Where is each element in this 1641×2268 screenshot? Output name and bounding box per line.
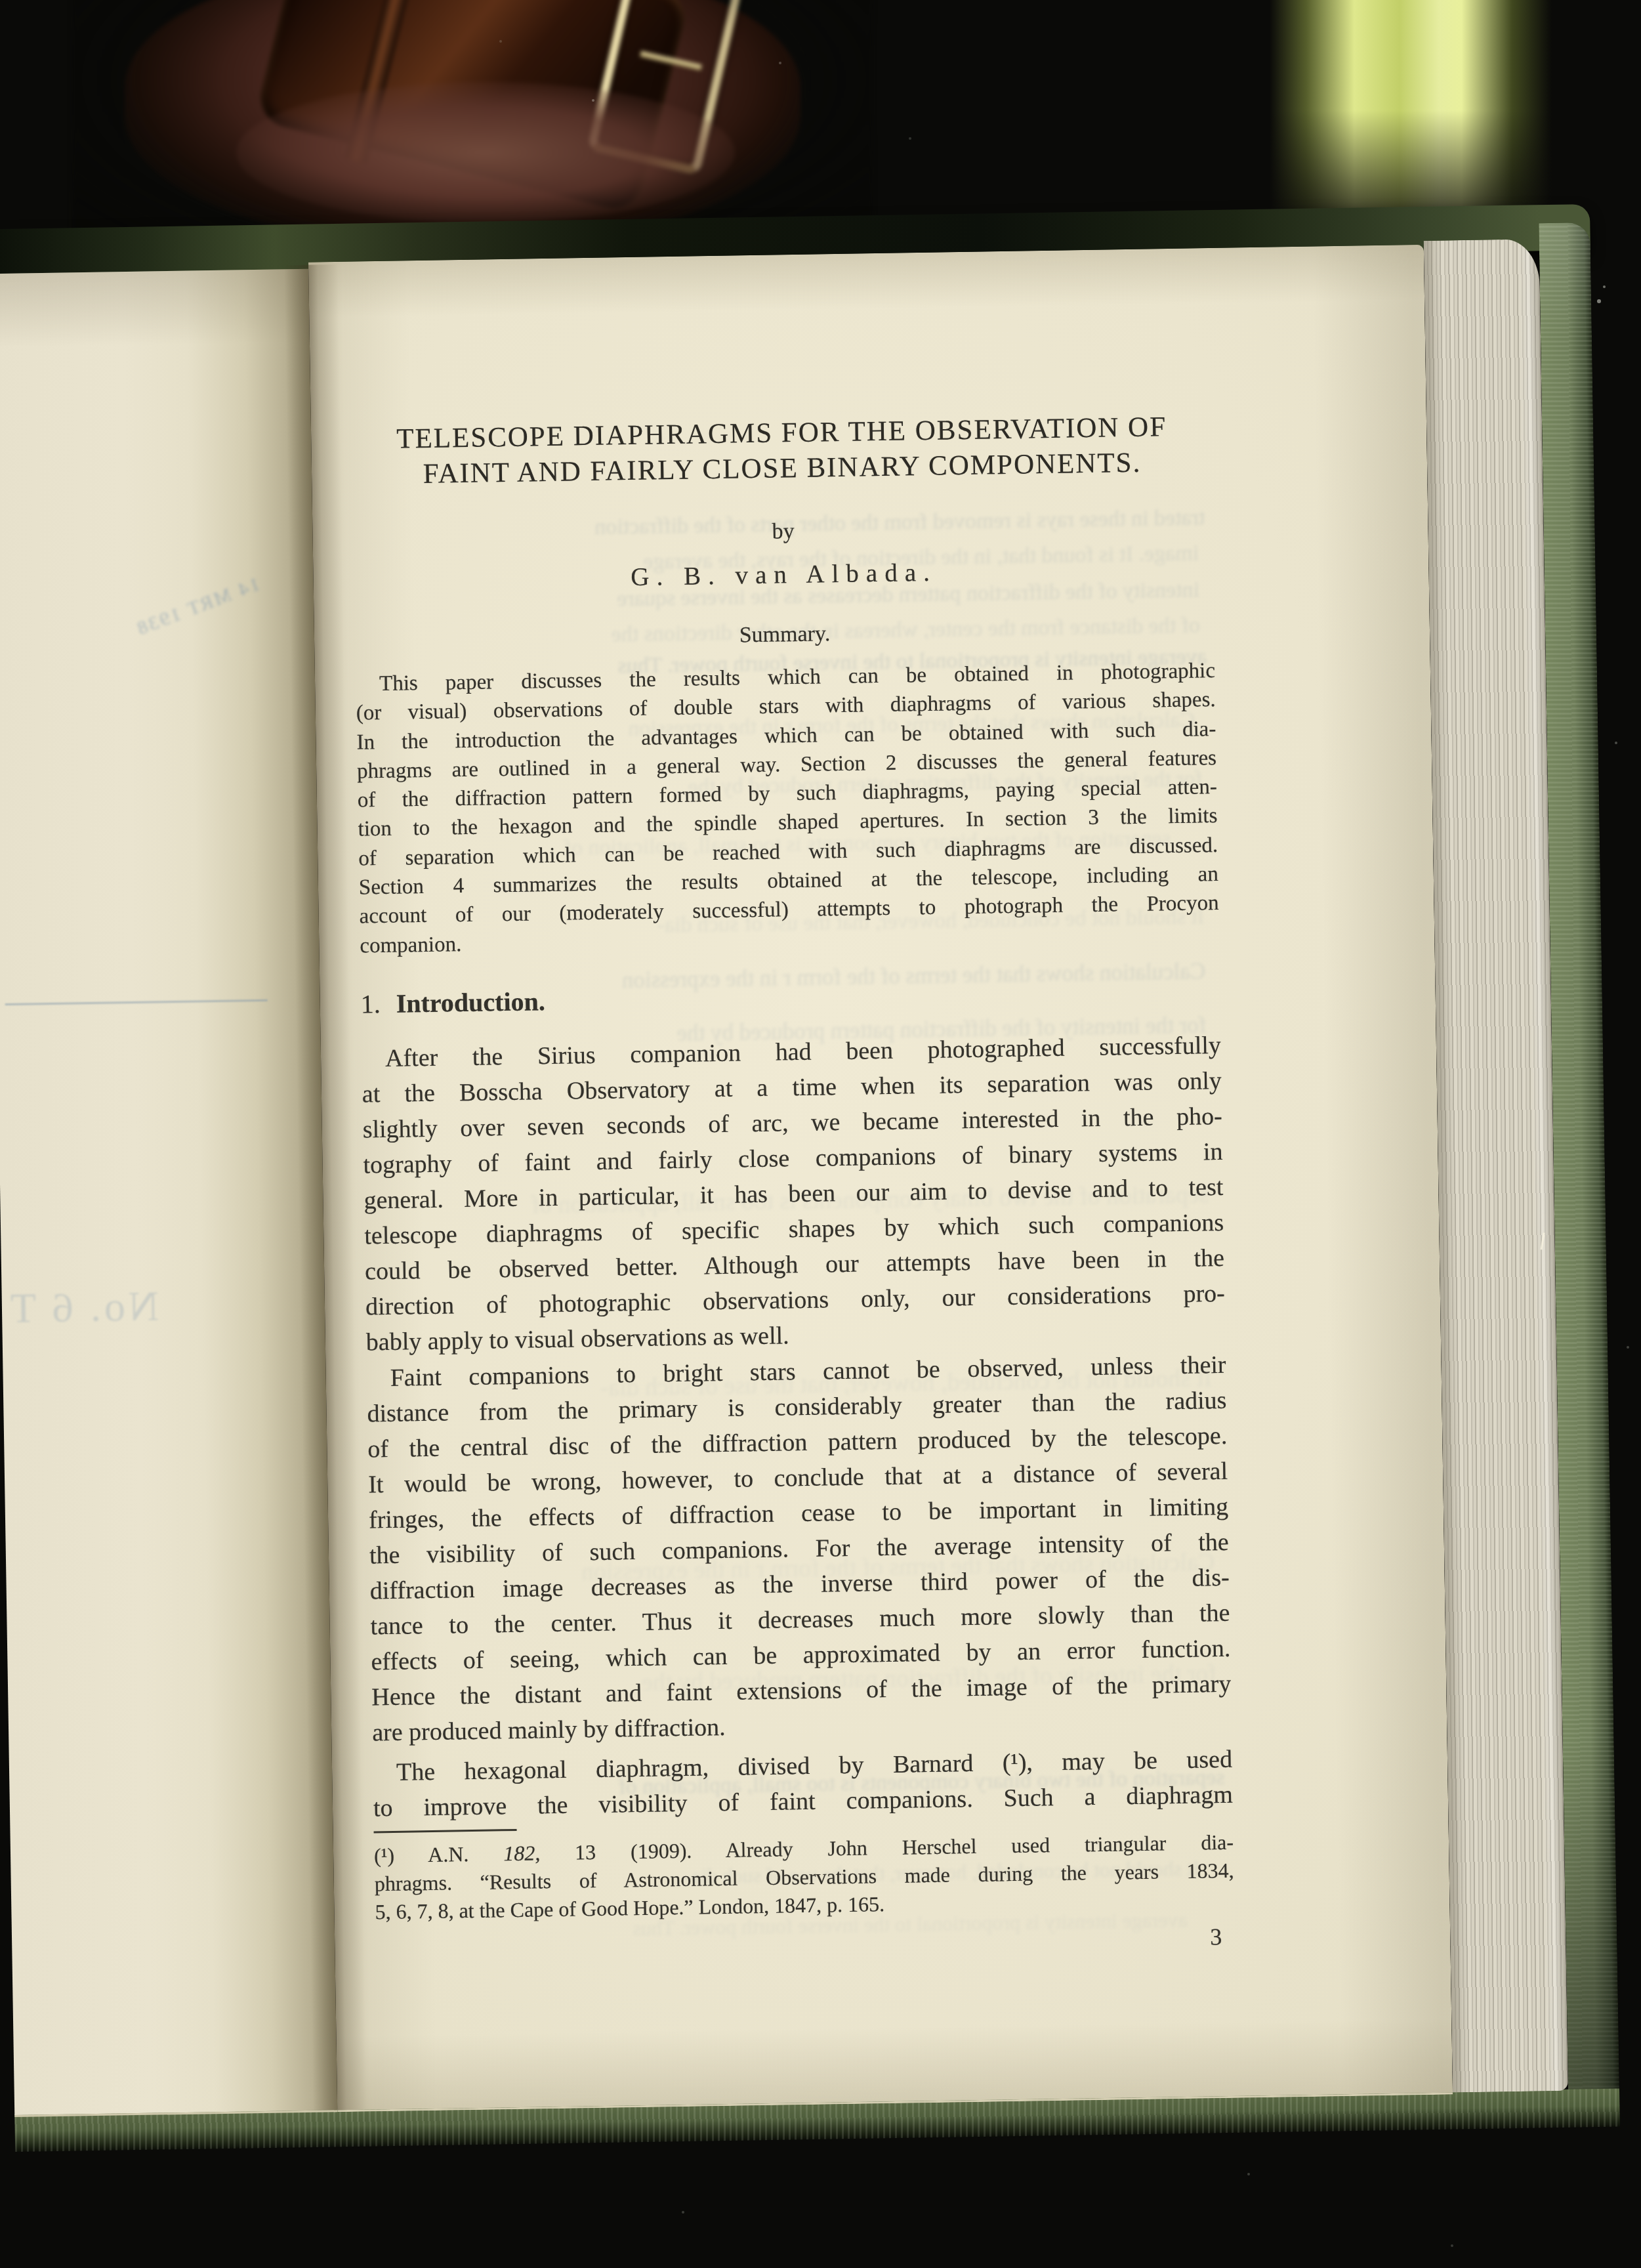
- wrist: [125, 0, 800, 243]
- hand: [85, 0, 860, 249]
- summary-heading: Summary.: [355, 616, 1215, 654]
- section-number: 1.: [360, 989, 381, 1018]
- section-title: Introduction.: [396, 986, 545, 1018]
- book-photograph: 14 MRT 1938 No. 6 T trated in these rays…: [0, 0, 1641, 2268]
- paper-title: TELESCOPE DIAPHRAGMS FOR THE OBSERVATION…: [352, 409, 1213, 493]
- footnote-rule: [374, 1829, 517, 1833]
- footnote-ref-marker: (¹) A.N.: [374, 1841, 504, 1867]
- footnote: (¹) A.N. 182, 13 (1909). Already John He…: [374, 1828, 1235, 1927]
- page-number: 3: [375, 1923, 1222, 1963]
- right-page: trated in these rays is removed from the…: [308, 245, 1453, 2112]
- left-page-showthrough-number: No. 6 T: [7, 1282, 159, 1333]
- watch-buckle: [587, 0, 743, 176]
- summary-paragraph: This paper discusses the results which c…: [356, 656, 1220, 960]
- left-page-ruled-line: [5, 999, 268, 1005]
- left-page: 14 MRT 1938 No. 6 T: [0, 269, 337, 2117]
- open-book: 14 MRT 1938 No. 6 T trated in these rays…: [0, 204, 1620, 2152]
- dust-specks: [0, 0, 1, 1]
- byline: by: [353, 513, 1213, 551]
- intro-paragraph-3: The hexagonal diaphragm, divised by Barn…: [373, 1742, 1234, 1826]
- left-page-stamp-showthrough: 14 MRT 1938: [133, 573, 264, 640]
- intro-paragraph-2: Faint companions to bright stars cannot …: [366, 1347, 1232, 1751]
- section-heading: 1.Introduction.: [360, 975, 1220, 1020]
- watch-strap-keeper: [345, 0, 415, 164]
- watch-strap: [254, 0, 691, 215]
- footnote-volume: 182,: [503, 1841, 541, 1865]
- watch-buckle-prong: [640, 51, 702, 70]
- author-name: G. B. van Albada.: [354, 553, 1214, 597]
- hand-skin: [236, 82, 735, 223]
- intro-paragraph-1: After the Sirius companion had been phot…: [362, 1028, 1226, 1360]
